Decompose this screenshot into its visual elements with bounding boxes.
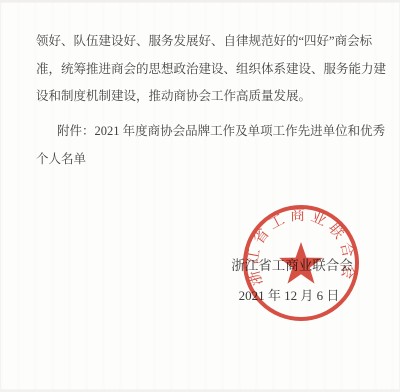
body-paragraph: 领好、队伍建设好、服务发展好、自律规范好的“四好”商会标 准，统筹推进商会的思想… xyxy=(36,28,380,111)
attachment-line: 个人名单 xyxy=(36,146,380,174)
official-seal: 浙江省工商业联合会 xyxy=(239,201,363,325)
attachment-block: 附件：2021 年度商协会品牌工作及单项工作先进单位和优秀 个人名单 xyxy=(36,118,380,173)
body-paragraph-line: 领好、队伍建设好、服务发展好、自律规范好的“四好”商会标 xyxy=(36,28,380,56)
attachment-line: 附件：2021 年度商协会品牌工作及单项工作先进单位和优秀 xyxy=(36,118,380,146)
document-page: 领好、队伍建设好、服务发展好、自律规范好的“四好”商会标 准，统筹推进商会的思想… xyxy=(0,0,400,392)
star-icon xyxy=(279,242,323,284)
body-paragraph-line: 准，统筹推进商会的思想政治建设、组织体系建设、服务能力建 xyxy=(36,56,380,84)
body-paragraph-line: 设和制度机制建设，推动商协会工作高质量发展。 xyxy=(36,83,380,111)
